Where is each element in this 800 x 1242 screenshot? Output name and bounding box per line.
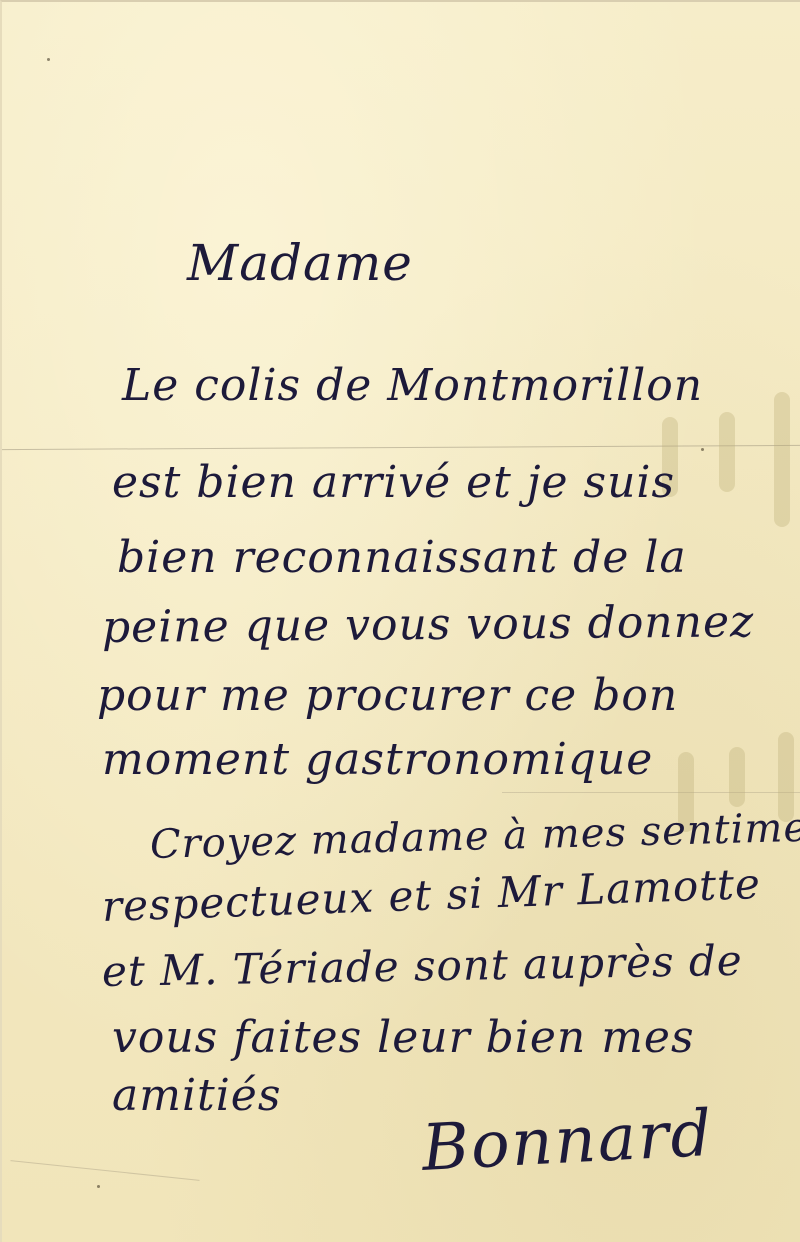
letter-line: Le colis de Montmorillon xyxy=(122,360,703,411)
paper-speck xyxy=(47,58,50,61)
letter-line: Croyez madame à mes sentiments xyxy=(149,803,800,868)
paper-speck xyxy=(701,448,704,451)
letter-line: peine que vous vous donnez xyxy=(102,596,755,653)
letter-line: moment gastronomique xyxy=(102,734,653,785)
fold-crease xyxy=(502,792,800,793)
letter-line: bien reconnaissant de la xyxy=(117,532,687,583)
letter-line: et M. Tériade sont auprès de xyxy=(102,936,743,996)
tape-stain xyxy=(719,412,735,492)
signature: Bonnard xyxy=(420,1097,715,1186)
letter-line: est bien arrivé et je suis xyxy=(112,457,675,508)
fold-crease xyxy=(10,1160,199,1181)
letter-line: respectueux et si Mr Lamotte xyxy=(101,859,761,931)
letter-line: pour me procurer ce bon xyxy=(97,670,678,721)
letter-page: Madame Le colis de Montmorillon est bien… xyxy=(0,0,800,1242)
salutation: Madame xyxy=(187,234,413,292)
letter-line: amitiés xyxy=(112,1070,281,1121)
fold-crease xyxy=(2,445,800,450)
tape-stain xyxy=(774,392,790,527)
paper-speck xyxy=(97,1185,100,1188)
tape-stain xyxy=(729,747,745,807)
letter-line: vous faites leur bien mes xyxy=(112,1012,695,1063)
